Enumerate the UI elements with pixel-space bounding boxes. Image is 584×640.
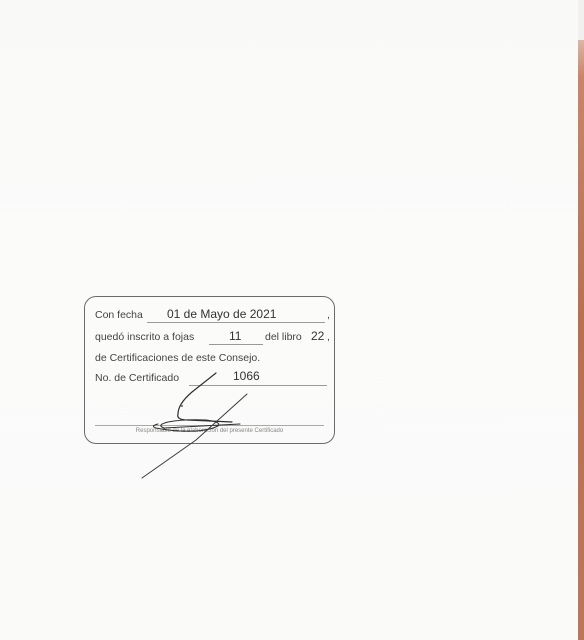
signature-caption: Responsable de la elaboración del presen…: [85, 428, 334, 434]
certificaciones-text: de Certificaciones de este Consejo.: [95, 352, 260, 364]
certificado-value: 1066: [233, 369, 260, 383]
fojas-label: quedó inscrito a fojas: [95, 331, 194, 343]
page-edge: [578, 0, 584, 640]
registration-stamp: Con fecha 01 de Mayo de 2021 , quedó ins…: [84, 296, 335, 444]
date-label: Con fecha: [95, 309, 143, 321]
date-value: 01 de Mayo de 2021: [167, 307, 276, 321]
fojas-value: 11: [229, 329, 241, 343]
libro-label: del libro: [265, 331, 302, 343]
libro-suffix: ,: [327, 331, 330, 343]
libro-value: 22: [311, 329, 324, 343]
page-edge-top: [578, 0, 584, 40]
certificado-label: No. de Certificado: [95, 372, 179, 384]
signature-line: [95, 425, 324, 426]
date-suffix: ,: [327, 309, 330, 321]
